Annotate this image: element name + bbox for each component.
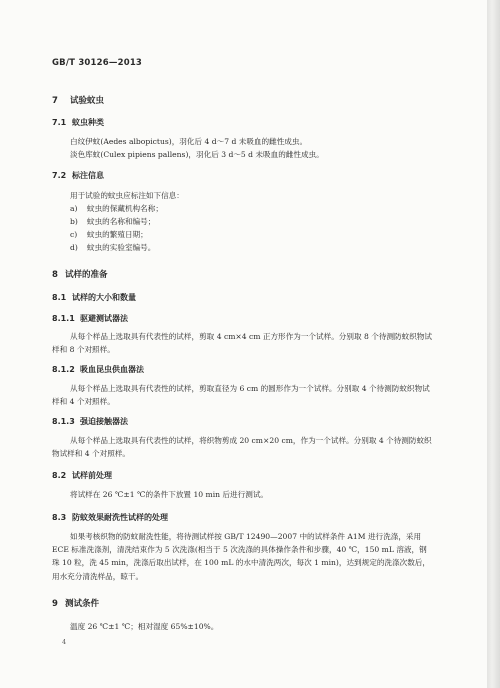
- list-item: b)蚊虫的名称和编号；: [70, 215, 155, 228]
- section-8-heading: 8试样的准备: [52, 268, 108, 280]
- section-title: 试样前处理: [72, 471, 112, 480]
- list-text: 蚊虫的繁殖日期；: [87, 230, 148, 239]
- section-number: 8.1.2: [52, 365, 80, 374]
- list-item: d)蚊虫的实验室编号。: [70, 241, 155, 254]
- section-number: 7: [52, 96, 70, 106]
- section-8-1-1-heading: 8.1.1驱避测试器法: [52, 313, 128, 324]
- section-9-text: 温度 26 ℃±1 ℃；相对湿度 65%±10%。: [70, 620, 218, 633]
- section-7-heading: 7试验蚊虫: [52, 94, 104, 106]
- section-title: 驱避测试器法: [80, 314, 128, 323]
- section-number: 9: [52, 599, 65, 609]
- list-label: d): [70, 241, 87, 254]
- list-item: c)蚊虫的繁殖日期；: [70, 228, 148, 241]
- section-title: 试样的准备: [65, 270, 108, 280]
- section-title: 试样的大小和数量: [72, 293, 136, 302]
- section-8-3-heading: 8.3防蚊效果耐洗性试样的处理: [52, 512, 168, 523]
- section-number: 8.1.3: [52, 417, 80, 426]
- section-number: 8.1: [52, 293, 72, 302]
- section-title: 标注信息: [72, 171, 104, 180]
- list-label: c): [70, 228, 87, 241]
- section-title: 强迫接触器法: [80, 417, 128, 426]
- section-title: 试验蚊虫: [70, 96, 104, 106]
- section-number: 7.2: [52, 171, 72, 180]
- section-title: 吸血昆虫供血器法: [80, 365, 144, 374]
- section-8-1-2-text: 从每个样品上选取具有代表性的试样，剪取直径为 6 cm 的圆形作为一个试样。分别…: [52, 382, 432, 408]
- list-item: a)蚊虫的保藏机构名称；: [70, 202, 163, 215]
- species-line-2: 淡色库蚊(Culex pipiens pallens)，羽化后 3 d～5 d …: [70, 148, 324, 161]
- section-8-3-text: 如果考核织物的防蚊耐洗性能，将待测试样按 GB/T 12490—2007 中的试…: [52, 530, 432, 583]
- list-text: 蚊虫的保藏机构名称；: [87, 204, 163, 213]
- list-label: a): [70, 202, 87, 215]
- page-number: 4: [62, 638, 66, 646]
- section-8-2-heading: 8.2试样前处理: [52, 470, 112, 481]
- section-8-1-1-text: 从每个样品上选取具有代表性的试样，剪取 4 cm×4 cm 正方形作为一个试样。…: [52, 330, 432, 356]
- section-title: 防蚊效果耐洗性试样的处理: [72, 513, 168, 522]
- section-title: 测试条件: [65, 599, 99, 609]
- list-label: b): [70, 215, 87, 228]
- section-7-1-heading: 7.1蚊虫种类: [52, 117, 104, 128]
- section-8-1-3-heading: 8.1.3强迫接触器法: [52, 416, 128, 427]
- section-9-heading: 9测试条件: [52, 597, 99, 609]
- section-number: 8: [52, 270, 65, 280]
- section-number: 7.1: [52, 118, 72, 127]
- species-line-1: 白纹伊蚊(Aedes albopictus)，羽化后 4 d～7 d 未吸血的雌…: [70, 135, 307, 148]
- page-edge-shadow: [487, 0, 500, 688]
- list-text: 蚊虫的实验室编号。: [87, 243, 155, 252]
- section-8-1-3-text: 从每个样品上选取具有代表性的试样，将织物剪成 20 cm×20 cm，作为一个试…: [52, 434, 432, 460]
- label-intro: 用于试验的蚊虫应标注如下信息：: [70, 189, 184, 202]
- standard-code-header: GB/T 30126—2013: [52, 58, 142, 68]
- section-8-1-heading: 8.1试样的大小和数量: [52, 292, 136, 303]
- document-page: GB/T 30126—2013 7试验蚊虫 7.1蚊虫种类 白纹伊蚊(Aedes…: [0, 0, 487, 688]
- section-number: 8.1.1: [52, 314, 80, 323]
- section-number: 8.2: [52, 471, 72, 480]
- section-8-2-text: 将试样在 26 ℃±1 ℃的条件下放置 10 min 后进行测试。: [52, 488, 432, 501]
- section-number: 8.3: [52, 513, 72, 522]
- section-7-2-heading: 7.2标注信息: [52, 170, 104, 181]
- list-text: 蚊虫的名称和编号；: [87, 217, 155, 226]
- section-8-1-2-heading: 8.1.2吸血昆虫供血器法: [52, 364, 144, 375]
- section-title: 蚊虫种类: [72, 118, 104, 127]
